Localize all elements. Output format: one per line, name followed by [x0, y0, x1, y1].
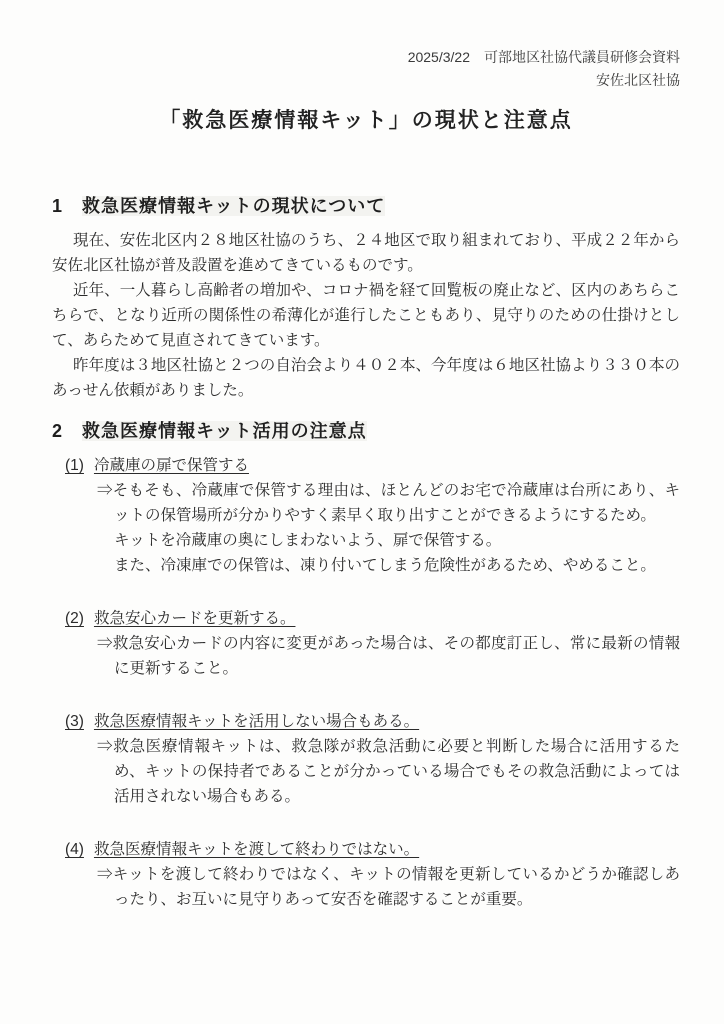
note-item-1-heading: (1)冷蔵庫の扉で保管する	[65, 453, 680, 478]
note-item-1-body: ⇒そもそも、冷蔵庫で保管する理由は、ほとんどのお宅で冷蔵庫は台所にあり、キットの…	[97, 478, 680, 578]
note-item-2-title: 救急安心カードを更新する。	[94, 610, 296, 627]
note-item-3-body-line-1: ⇒救急医療情報キットは、救急隊が救急活動に必要と判断した場合に活用するため、キッ…	[97, 734, 680, 809]
note-item-2-number: (2)	[65, 610, 84, 627]
note-item-3-heading: (3)救急医療情報キットを活用しない場合もある。	[65, 709, 680, 734]
paragraph-current-adoption: 現在、安佐北区内２８地区社協のうち、２４地区で取り組まれており、平成２２年から安…	[52, 228, 680, 278]
section-2-title: 救急医療情報キット活用の注意点	[82, 421, 367, 441]
note-item-2-heading: (2)救急安心カードを更新する。	[65, 606, 680, 631]
note-item-1-body-line-3: また、冷凍庫での保管は、凍り付いてしまう危険性があるため、やめること。	[97, 553, 680, 578]
note-item-update-card: (2)救急安心カードを更新する。 ⇒救急安心カードの内容に変更があった場合は、そ…	[65, 606, 680, 681]
paragraph-background: 近年、一人暮らし高齢者の増加や、コロナ禍を経て回覧板の廃止など、区内のあちらこち…	[52, 278, 680, 353]
note-item-1-title: 冷蔵庫の扉で保管する	[94, 457, 249, 474]
note-item-not-always-used: (3)救急医療情報キットを活用しない場合もある。 ⇒救急医療情報キットは、救急隊…	[65, 709, 680, 809]
note-item-4-body: ⇒キットを渡して終わりではなく、キットの情報を更新しているかどうか確認しあったり…	[97, 862, 680, 912]
note-item-4-title: 救急医療情報キットを渡して終わりではない。	[94, 841, 419, 858]
note-item-storage: (1)冷蔵庫の扉で保管する ⇒そもそも、冷蔵庫で保管する理由は、ほとんどのお宅で…	[65, 453, 680, 578]
header-date-source-line: 2025/3/22 可部地区社協代議員研修会資料	[52, 46, 680, 69]
note-item-1-body-line-2: キットを冷蔵庫の奥にしまわないよう、扉で保管する。	[97, 528, 680, 553]
section-2-heading: 2救急医療情報キット活用の注意点	[52, 417, 680, 443]
note-item-4-heading: (4)救急医療情報キットを渡して終わりではない。	[65, 837, 680, 862]
note-item-2-body-line-1: ⇒救急安心カードの内容に変更があった場合は、その都度訂正し、常に最新の情報に更新…	[97, 631, 680, 681]
note-item-4-body-line-1: ⇒キットを渡して終わりではなく、キットの情報を更新しているかどうか確認しあったり…	[97, 862, 680, 912]
paragraph-request-counts: 昨年度は３地区社協と２つの自治会より４０２本、今年度は６地区社協より３３０本のあ…	[52, 353, 680, 403]
section-1-heading: 1救急医療情報キットの現状について	[52, 192, 680, 218]
section-current-status: 1救急医療情報キットの現状について 現在、安佐北区内２８地区社協のうち、２４地区…	[52, 192, 680, 403]
header-organization-line: 安佐北区社協	[52, 69, 680, 92]
note-item-4-number: (4)	[65, 841, 84, 858]
note-item-1-number: (1)	[65, 457, 84, 474]
note-item-not-end-after-handover: (4)救急医療情報キットを渡して終わりではない。 ⇒キットを渡して終わりではなく…	[65, 837, 680, 912]
section-2-number: 2	[52, 421, 82, 442]
section-1-number: 1	[52, 196, 82, 217]
document-page: 2025/3/22 可部地区社協代議員研修会資料 安佐北区社協 「救急医療情報キ…	[0, 0, 724, 1024]
note-item-3-title: 救急医療情報キットを活用しない場合もある。	[94, 713, 419, 730]
note-item-1-body-line-1: ⇒そもそも、冷蔵庫で保管する理由は、ほとんどのお宅で冷蔵庫は台所にあり、キットの…	[97, 478, 680, 528]
section-1-title: 救急医療情報キットの現状について	[82, 196, 385, 216]
document-header: 2025/3/22 可部地区社協代議員研修会資料 安佐北区社協	[52, 46, 680, 92]
document-title: 「救急医療情報キット」の現状と注意点	[52, 104, 680, 134]
note-item-3-number: (3)	[65, 713, 84, 730]
note-item-3-body: ⇒救急医療情報キットは、救急隊が救急活動に必要と判断した場合に活用するため、キッ…	[97, 734, 680, 809]
note-item-2-body: ⇒救急安心カードの内容に変更があった場合は、その都度訂正し、常に最新の情報に更新…	[97, 631, 680, 681]
section-usage-notes: 2救急医療情報キット活用の注意点 (1)冷蔵庫の扉で保管する ⇒そもそも、冷蔵庫…	[52, 417, 680, 912]
